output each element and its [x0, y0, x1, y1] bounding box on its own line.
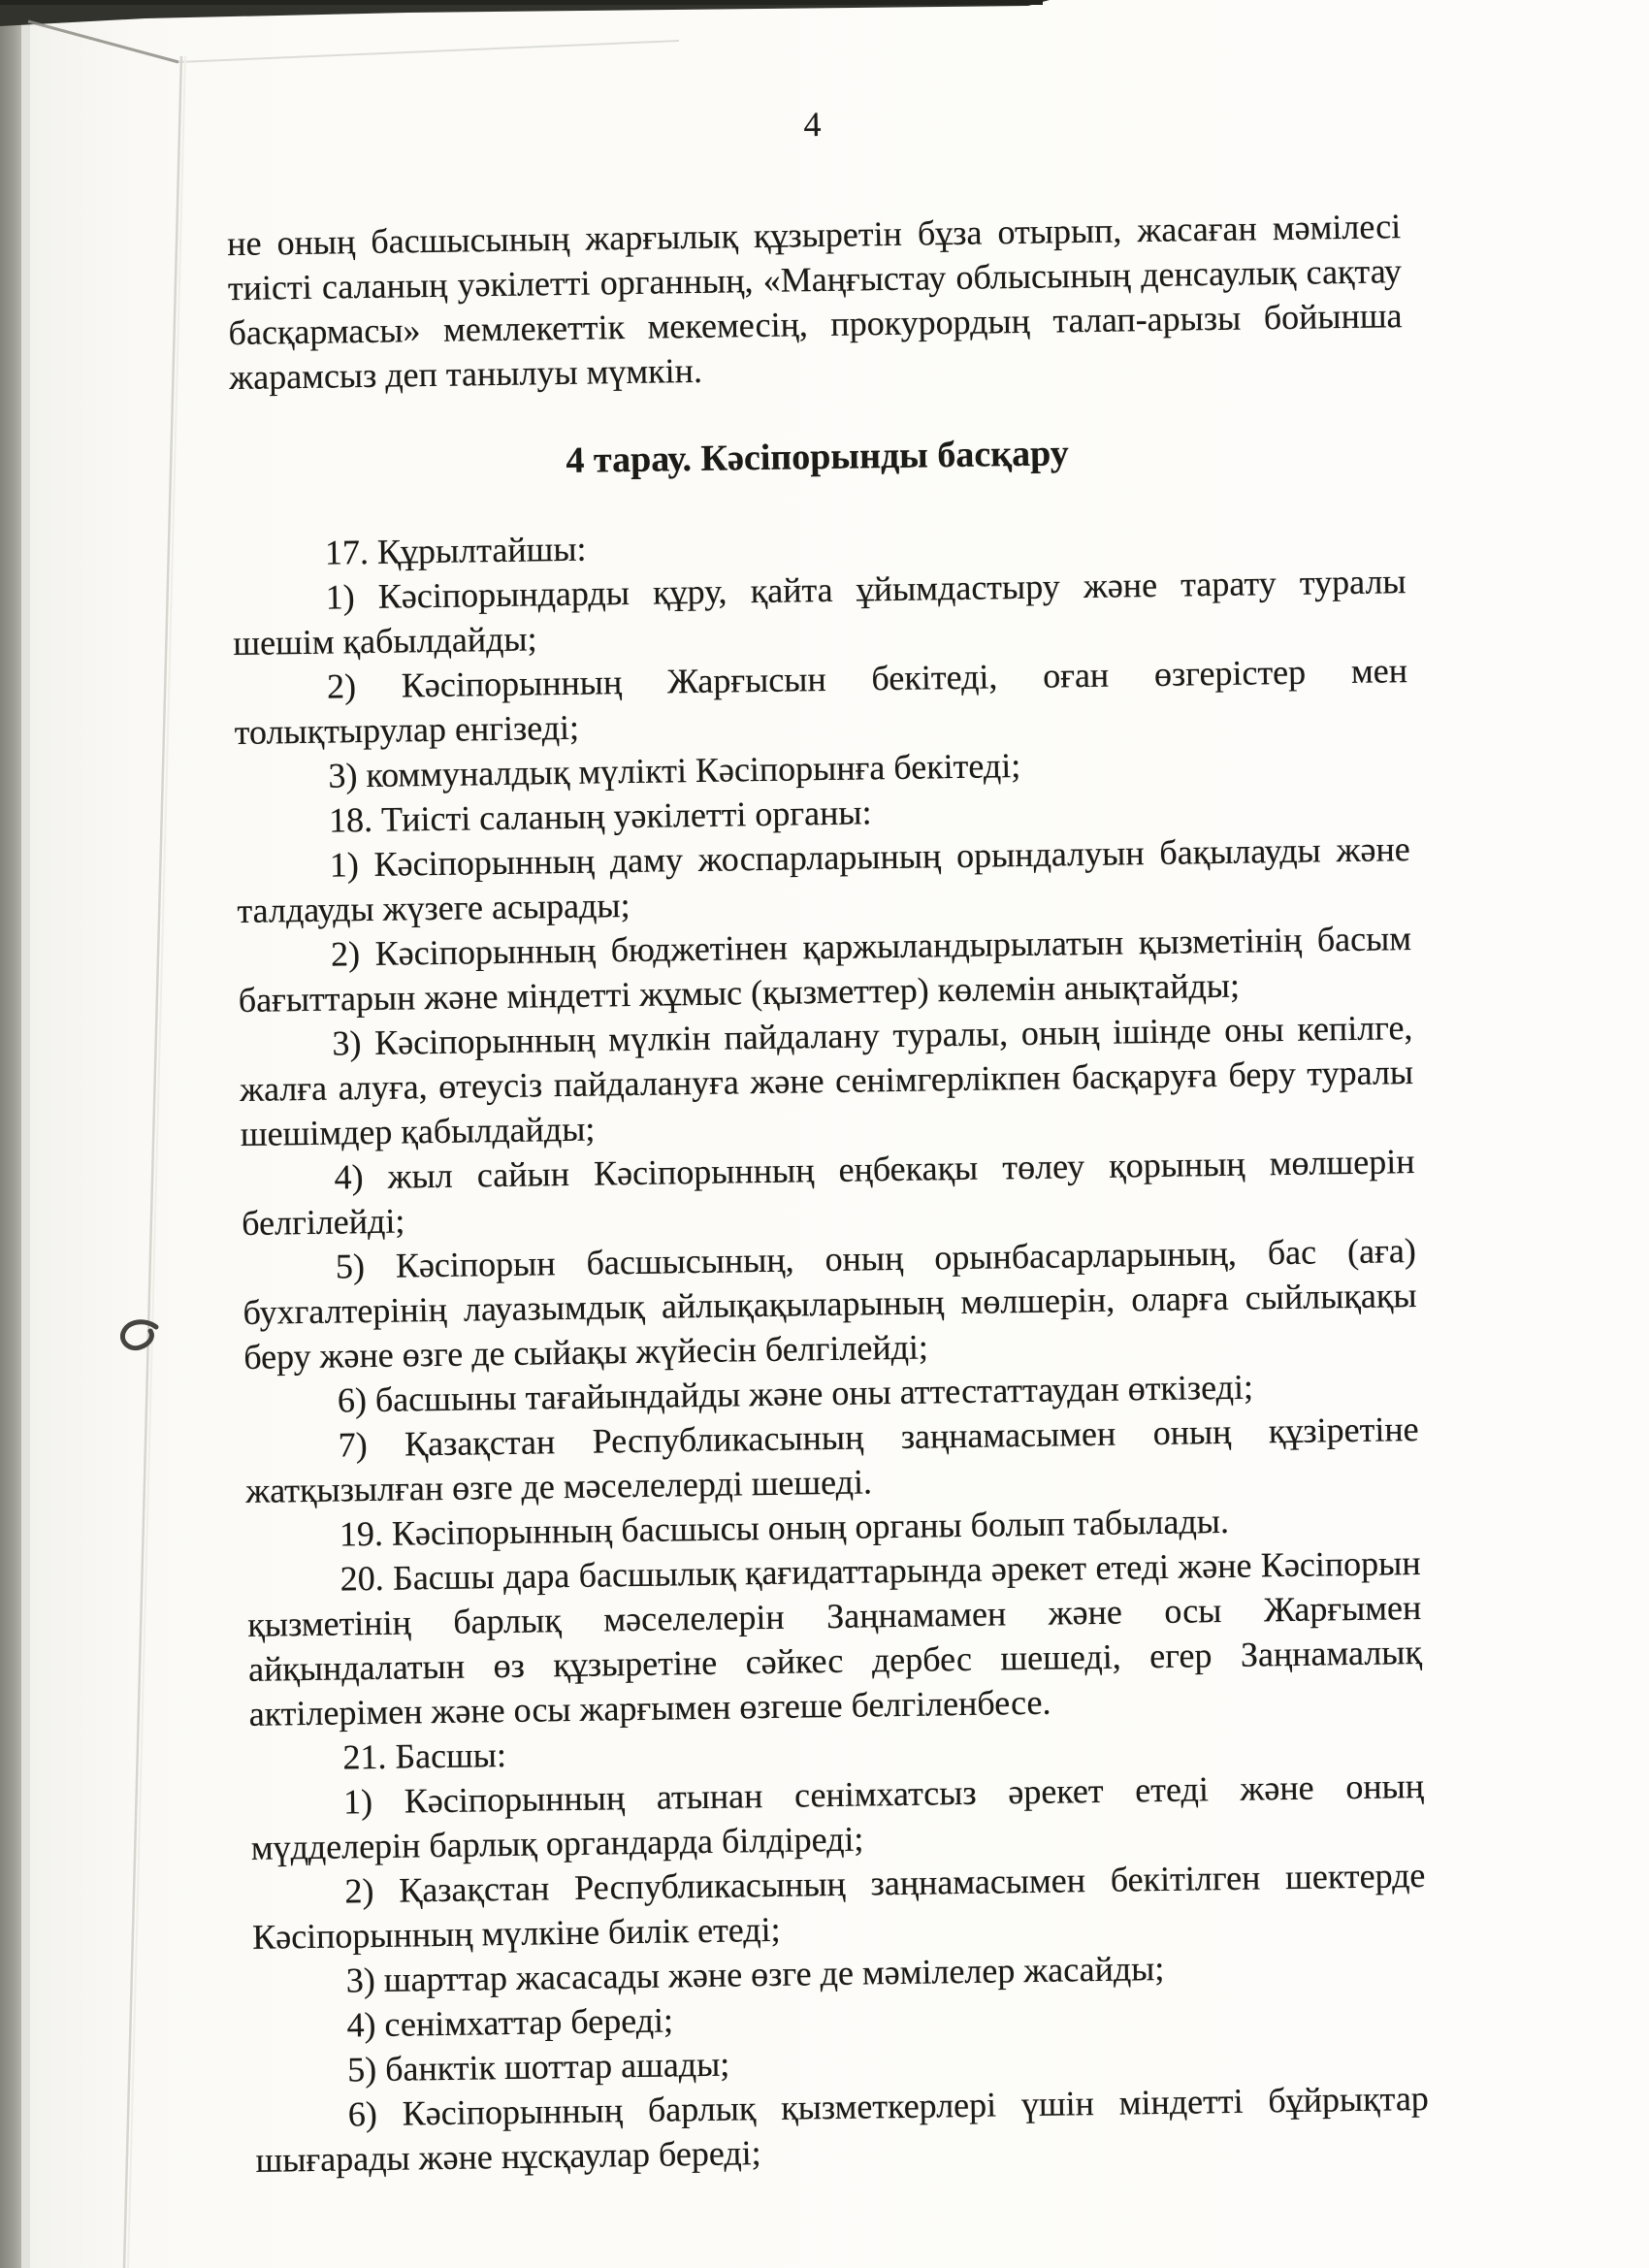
body-paragraph: 1) Кәсіпорынның атынан сенімхатсыз әреке… — [250, 1764, 1425, 1870]
fold-line — [124, 56, 181, 2268]
page-top-edge-line — [178, 41, 679, 62]
body-paragraph: 3) Кәсіпорынның мүлкін пайдалану туралы,… — [239, 1005, 1414, 1156]
body-paragraph: 2) Қазақстан Республикасының заңнамасыме… — [251, 1853, 1426, 1960]
body-paragraph: 5) Кәсіпорын басшысының, оның орынбасарл… — [242, 1228, 1418, 1379]
fold-line-highlight — [128, 56, 185, 2268]
body-paragraph: 7) Қазақстан Республикасының заңнамасыме… — [244, 1407, 1419, 1513]
scan-edge-strip-fade — [21, 0, 30, 2268]
body-paragraph: 20. Басшы дара басшылық қағидаттарында ә… — [246, 1540, 1423, 1736]
body-paragraph: 1) Кәсіпорындарды құру, қайта ұйымдастыр… — [232, 559, 1406, 665]
scanned-page: 4 не оның басшысының жарғылық құзыретін … — [0, 0, 1649, 2268]
body-paragraph: 2) Кәсіпорынның Жарғысын бекітеді, оған … — [234, 648, 1408, 755]
intro-paragraph: не оның басшысының жарғылық құзыретін бұ… — [227, 204, 1404, 400]
body-paragraph: 6) Кәсіпорынның барлық қызметкерлері үші… — [255, 2076, 1430, 2183]
body-paragraph: 1) Кәсіпорынның даму жоспарларының орынд… — [236, 826, 1410, 933]
page-corner-line — [28, 21, 178, 62]
body-paragraph: 4) жыл сайын Кәсіпорынның еңбекақы төлеу… — [241, 1139, 1415, 1246]
scan-edge-strip — [0, 0, 21, 2268]
document-text: 4 не оның басшысының жарғылық құзыретін … — [225, 93, 1430, 2183]
scan-top-shadow-core — [0, 0, 1043, 5]
body-paragraph: 2) Кәсіпорынның бюджетінен қаржыландырыл… — [238, 916, 1412, 1022]
chapter-heading: 4 тарау. Кәсіпорынды басқару — [230, 425, 1405, 489]
